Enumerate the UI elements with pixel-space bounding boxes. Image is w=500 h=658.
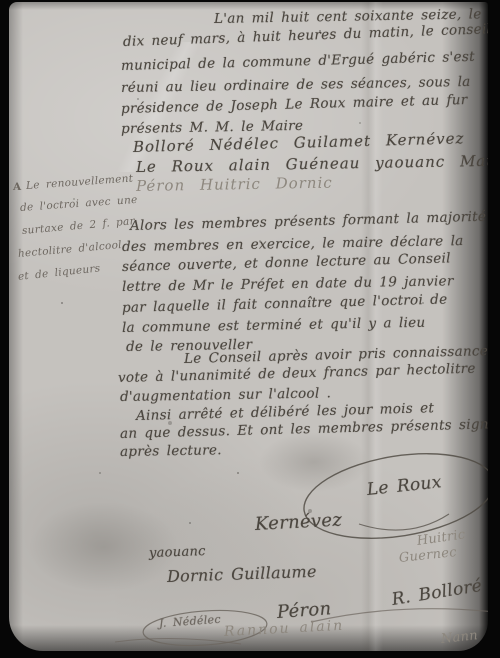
body-line-14: par laquelle il fait connaître que l'oct… [122, 291, 448, 316]
margin-note-line: et de liqueurs [17, 262, 101, 283]
signature-dornic-guillaume: Dornic Guillaume [167, 562, 317, 586]
margin-note-line: Le renouvellement [26, 173, 134, 192]
margin-note-line: hectolitre d'alcool [17, 239, 122, 260]
photo-background: A Le renouvellement de l'octroi avec une… [0, 0, 500, 658]
margin-marker: A [13, 181, 21, 193]
margin-note-line: de l'octroi avec une [20, 194, 138, 214]
signature-nann: Nann [440, 628, 478, 647]
manuscript-page: A Le renouvellement de l'octroi avec une… [9, 2, 488, 651]
paper-specks [9, 2, 11, 4]
attendees-line-3: Péron Huitric Dornic [136, 174, 333, 195]
margin-note-line: surtaxe de 2 f. par [21, 215, 135, 237]
body-line-02: dix neuf mars, à huit heures du matin, l… [123, 21, 488, 50]
signature-yaouanc: yaouanc [149, 544, 206, 561]
body-line-22: après lecture. [120, 442, 222, 460]
body-line-18: vote à l'unanimité de deux francs par he… [118, 361, 476, 386]
body-line-19: d'augmentation sur l'alcool . [120, 385, 331, 405]
body-line-10: Alors les membres présents formant la ma… [130, 209, 487, 234]
